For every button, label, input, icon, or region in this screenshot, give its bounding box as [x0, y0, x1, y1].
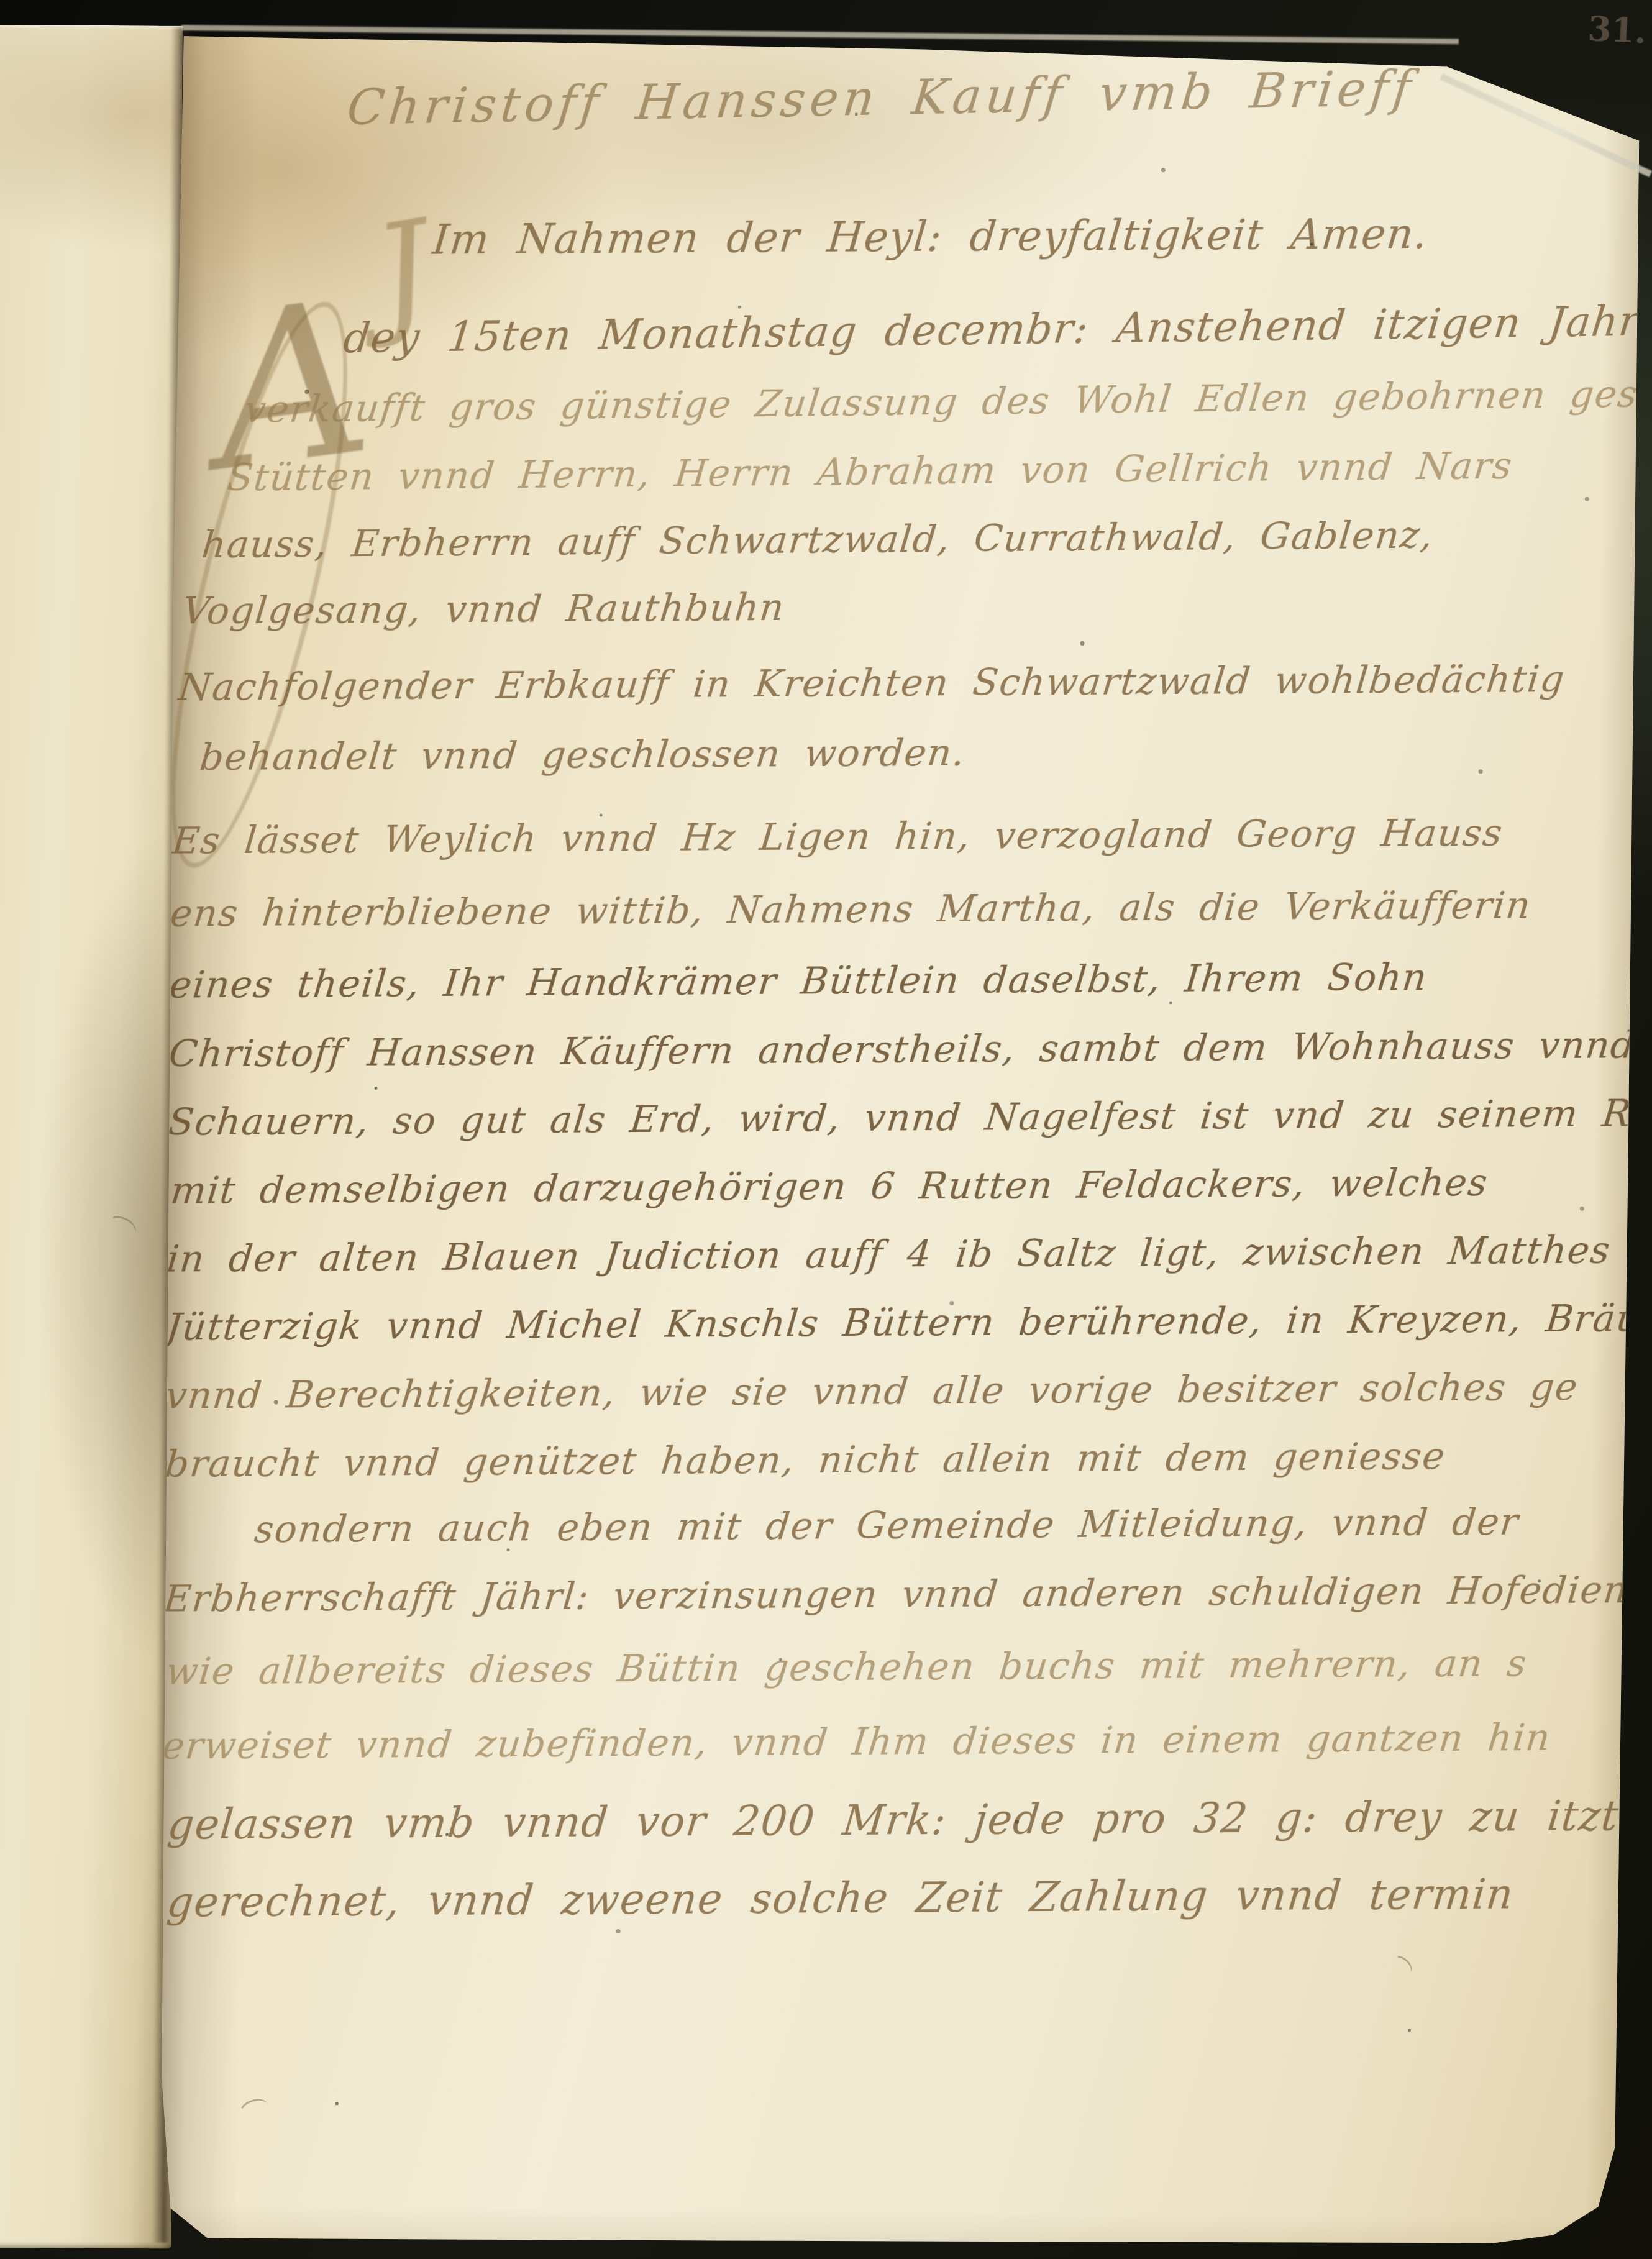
manuscript-line: wie allbereits dieses Büttin geschehen b…	[164, 1642, 1529, 1694]
manuscript-line: dey 15ten Monathstag decembr: Anstehend …	[341, 297, 1643, 362]
manuscript-line: Nachfolgender Erbkauff in Kreichten Schw…	[176, 657, 1567, 710]
manuscript-line: in der alten Blauen Judiction auff 4 ib …	[165, 1229, 1612, 1281]
manuscript-heading: Christoff Hanssen Kauff vmb Brieff	[344, 60, 1418, 136]
manuscript-line: sondern auch eben mit der Gemeinde Mitle…	[252, 1500, 1521, 1551]
manuscript-line: Erbherrschafft Jährl: verzinsungen vnnd …	[162, 1568, 1630, 1620]
manuscript-line: erweiset vnnd zubefinden, vnnd Ihm diese…	[160, 1716, 1553, 1768]
manuscript-line: gelassen vmb vnnd vor 200 Mrk: jede pro …	[165, 1792, 1621, 1849]
paper-fiber-curl	[237, 2096, 272, 2124]
photo-backdrop: Christoff Hanssen Kauff vmb Brieff A J I…	[0, 0, 1652, 2259]
manuscript-line: Jütterzigk vnnd Michel Knschls Büttern b…	[164, 1297, 1642, 1349]
manuscript-line: ens hinterbliebene wittib, Nahmens Marth…	[168, 884, 1533, 936]
manuscript-line: Stütten vnnd Herrn, Herrn Abraham von Ge…	[226, 444, 1515, 500]
manuscript-line: verkaufft gros günstige Zulassung des Wo…	[242, 373, 1640, 432]
manuscript-page: Christoff Hanssen Kauff vmb Brieff A J I…	[158, 26, 1643, 2259]
manuscript-line: Schauern, so gut als Erd, wird, vnnd Nag…	[167, 1092, 1643, 1144]
manuscript-line: mit demselbigen darzugehörigen 6 Rutten …	[169, 1161, 1490, 1213]
paper-fiber-curl	[1388, 1952, 1415, 1978]
manuscript-line: vnnd Berechtigkeiten, wie sie vnnd alle …	[163, 1366, 1580, 1418]
manuscript-line: Es lässet Weylich vnnd Hz Ligen hin, ver…	[170, 811, 1505, 863]
folio-number: 31.	[1587, 9, 1647, 52]
manuscript-line: hauss, Erbherrn auff Schwartzwald, Curra…	[200, 514, 1436, 567]
manuscript-line: Christoff Hanssen Käuffern anderstheils,…	[167, 1023, 1638, 1075]
manuscript-line: gerechnet, vnnd zweene solche Zeit Zahlu…	[165, 1871, 1516, 1927]
manuscript-line: eines theils, Ihr Handkrämer Büttlein da…	[168, 956, 1430, 1007]
manuscript-line: Voglgesang, vnnd Rauthbuhn	[180, 586, 787, 633]
manuscript-line: braucht vnnd genützet haben, nicht allei…	[163, 1435, 1448, 1486]
manuscript-line: Im Nahmen der Heyl: dreyfaltigkeit Amen.	[431, 210, 1430, 264]
manuscript-line: behandelt vnnd geschlossen worden.	[198, 731, 967, 780]
paper-fiber-curl	[104, 1212, 139, 1243]
